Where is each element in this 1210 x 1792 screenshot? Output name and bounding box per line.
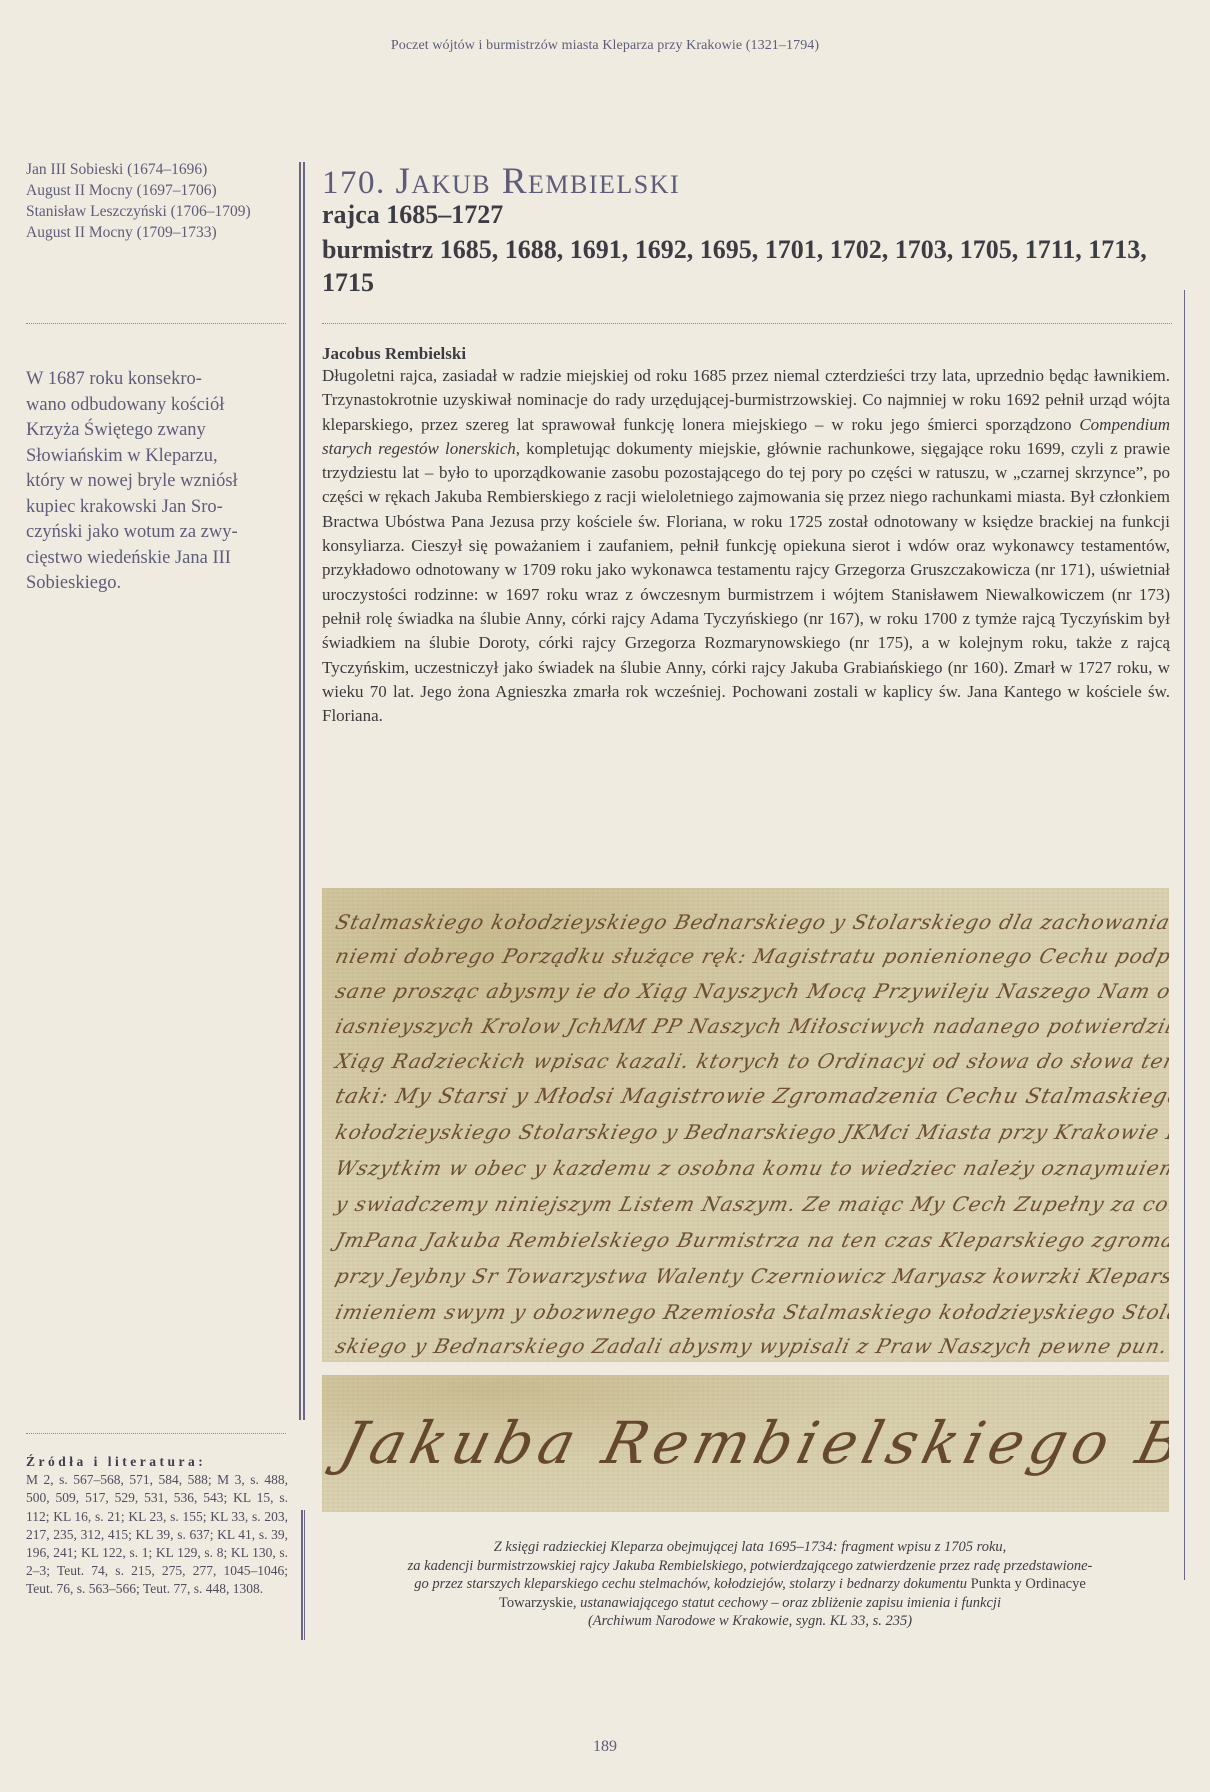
caption-document-title: Towarzyskie, [499,1595,577,1611]
aside-line: czyński jako wotum za zwy- [26,520,276,546]
reign-item: August II Mocny (1697–1706) [26,180,251,201]
aside-line: Sobieskiego. [26,571,276,597]
dotted-separator [26,1433,286,1434]
caption-line: go przez starszych kleparskiego cechu st… [414,1576,967,1592]
body-span: Długoletni rajca, zasiadał w radzie miej… [322,366,1170,434]
manuscript-line: kołodzieyskiego Stolarskiego y Bednarski… [333,1120,1169,1144]
aside-line: W 1687 roku konsekro- [26,367,276,393]
office-councillor: rajca 1685–1727 [322,200,503,230]
aside-line: Słowiańskim w Kleparzu, [26,444,276,470]
reigns-list: Jan III Sobieski (1674–1696) August II M… [26,159,251,243]
caption-archive-ref: (Archiwum Narodowe w Krakowie, sygn. KL … [588,1613,912,1629]
manuscript-image: Stalmaskiego kołodzieyskiego Bednarskieg… [322,888,1169,1362]
caption-line: ustanawiającego statut cechowy – oraz zb… [577,1595,1002,1611]
dotted-separator [322,323,1172,324]
aside-note: W 1687 roku konsekro- wano odbudowany ko… [26,367,276,597]
manuscript-line: iasnieyszych Krolow JchMM PP Naszych Mił… [333,1014,1169,1038]
aside-line: który w nowej bryle wzniósł [26,469,276,495]
entry-number: 170. [322,165,386,201]
caption-line: Z księgi radzieckiej Kleparza obejmujące… [494,1539,1007,1555]
manuscript-line: taki: My Starsi y Młodsi Magistrowie Zgr… [333,1084,1169,1108]
entry-title: 170. Jakub Rembielski [322,160,680,203]
reign-item: Jan III Sobieski (1674–1696) [26,159,251,180]
figure-caption: Z księgi radzieckiej Kleparza obejmujące… [330,1538,1170,1631]
caption-line: za kadencji burmistrzowskiej rajcy Jakub… [408,1558,1093,1574]
manuscript-line: Xiąg Radzieckich wpisac kazali. ktorych … [333,1049,1169,1073]
body-span: , kompletując dokumenty miejskie, główni… [322,439,1170,725]
running-head: Poczet wójtów i burmistrzów miasta Klepa… [0,38,1210,54]
biography-text: Długoletni rajca, zasiadał w radzie miej… [322,364,1170,728]
manuscript-line: przy Jeybny Sr Towarzystwa Walenty Czern… [333,1264,1169,1288]
column-rule [304,1510,305,1640]
manuscript-line: niemi dobrego Porządku służące ręk: Magi… [333,944,1169,968]
entry-name: Jakub Rembielski [396,161,681,202]
column-rule [303,162,305,1420]
manuscript-line: JmPana Jakuba Rembielskiego Burmistrza n… [333,1228,1169,1252]
manuscript-line: sane prosząc abysmy ie do Xiąg Nayszych … [333,979,1169,1003]
closeup-text: Jakuba Rembielskiego Burmistrza [334,1409,1169,1477]
sources-block: Źródła i literatura: M 2, s. 567–568, 57… [26,1453,288,1599]
manuscript-line: skiego y Bednarskiego Zadali abysmy wypi… [333,1334,1169,1358]
manuscript-line: Wszytkim w obec y kazdemu z osobna komu … [333,1156,1169,1180]
caption-document-title: Punkta y Ordinacye [967,1576,1086,1592]
aside-line: wano odbudowany kościół [26,393,276,419]
office-mayor: burmistrz 1685, 1688, 1691, 1692, 1695, … [322,233,1172,299]
manuscript-line: Stalmaskiego kołodzieyskiego Bednarskieg… [333,910,1169,934]
sources-heading: Źródła i literatura: [26,1453,288,1471]
aside-line: Krzyża Świętego zwany [26,418,276,444]
reign-item: August II Mocny (1709–1733) [26,222,251,243]
manuscript-line: imieniem swym y obozwnego Rzemiosła Stal… [333,1300,1169,1324]
page-number: 189 [0,1738,1210,1756]
dotted-separator [26,323,286,324]
column-rule [299,162,301,1420]
reign-item: Stanisław Leszczyński (1706–1709) [26,201,251,222]
margin-rule [1184,290,1185,1580]
latin-name: Jacobus Rembielski [322,344,466,364]
column-rule [301,1510,303,1640]
manuscript-closeup-image: Jakuba Rembielskiego Burmistrza [322,1375,1169,1512]
aside-line: cięstwo wiedeńskie Jana III [26,546,276,572]
manuscript-line: y swiadczemy niniejszym Listem Naszym. Z… [333,1192,1169,1216]
sources-text: M 2, s. 567–568, 571, 584, 588; M 3, s. … [26,1471,288,1598]
aside-line: kupiec krakowski Jan Sro- [26,495,276,521]
